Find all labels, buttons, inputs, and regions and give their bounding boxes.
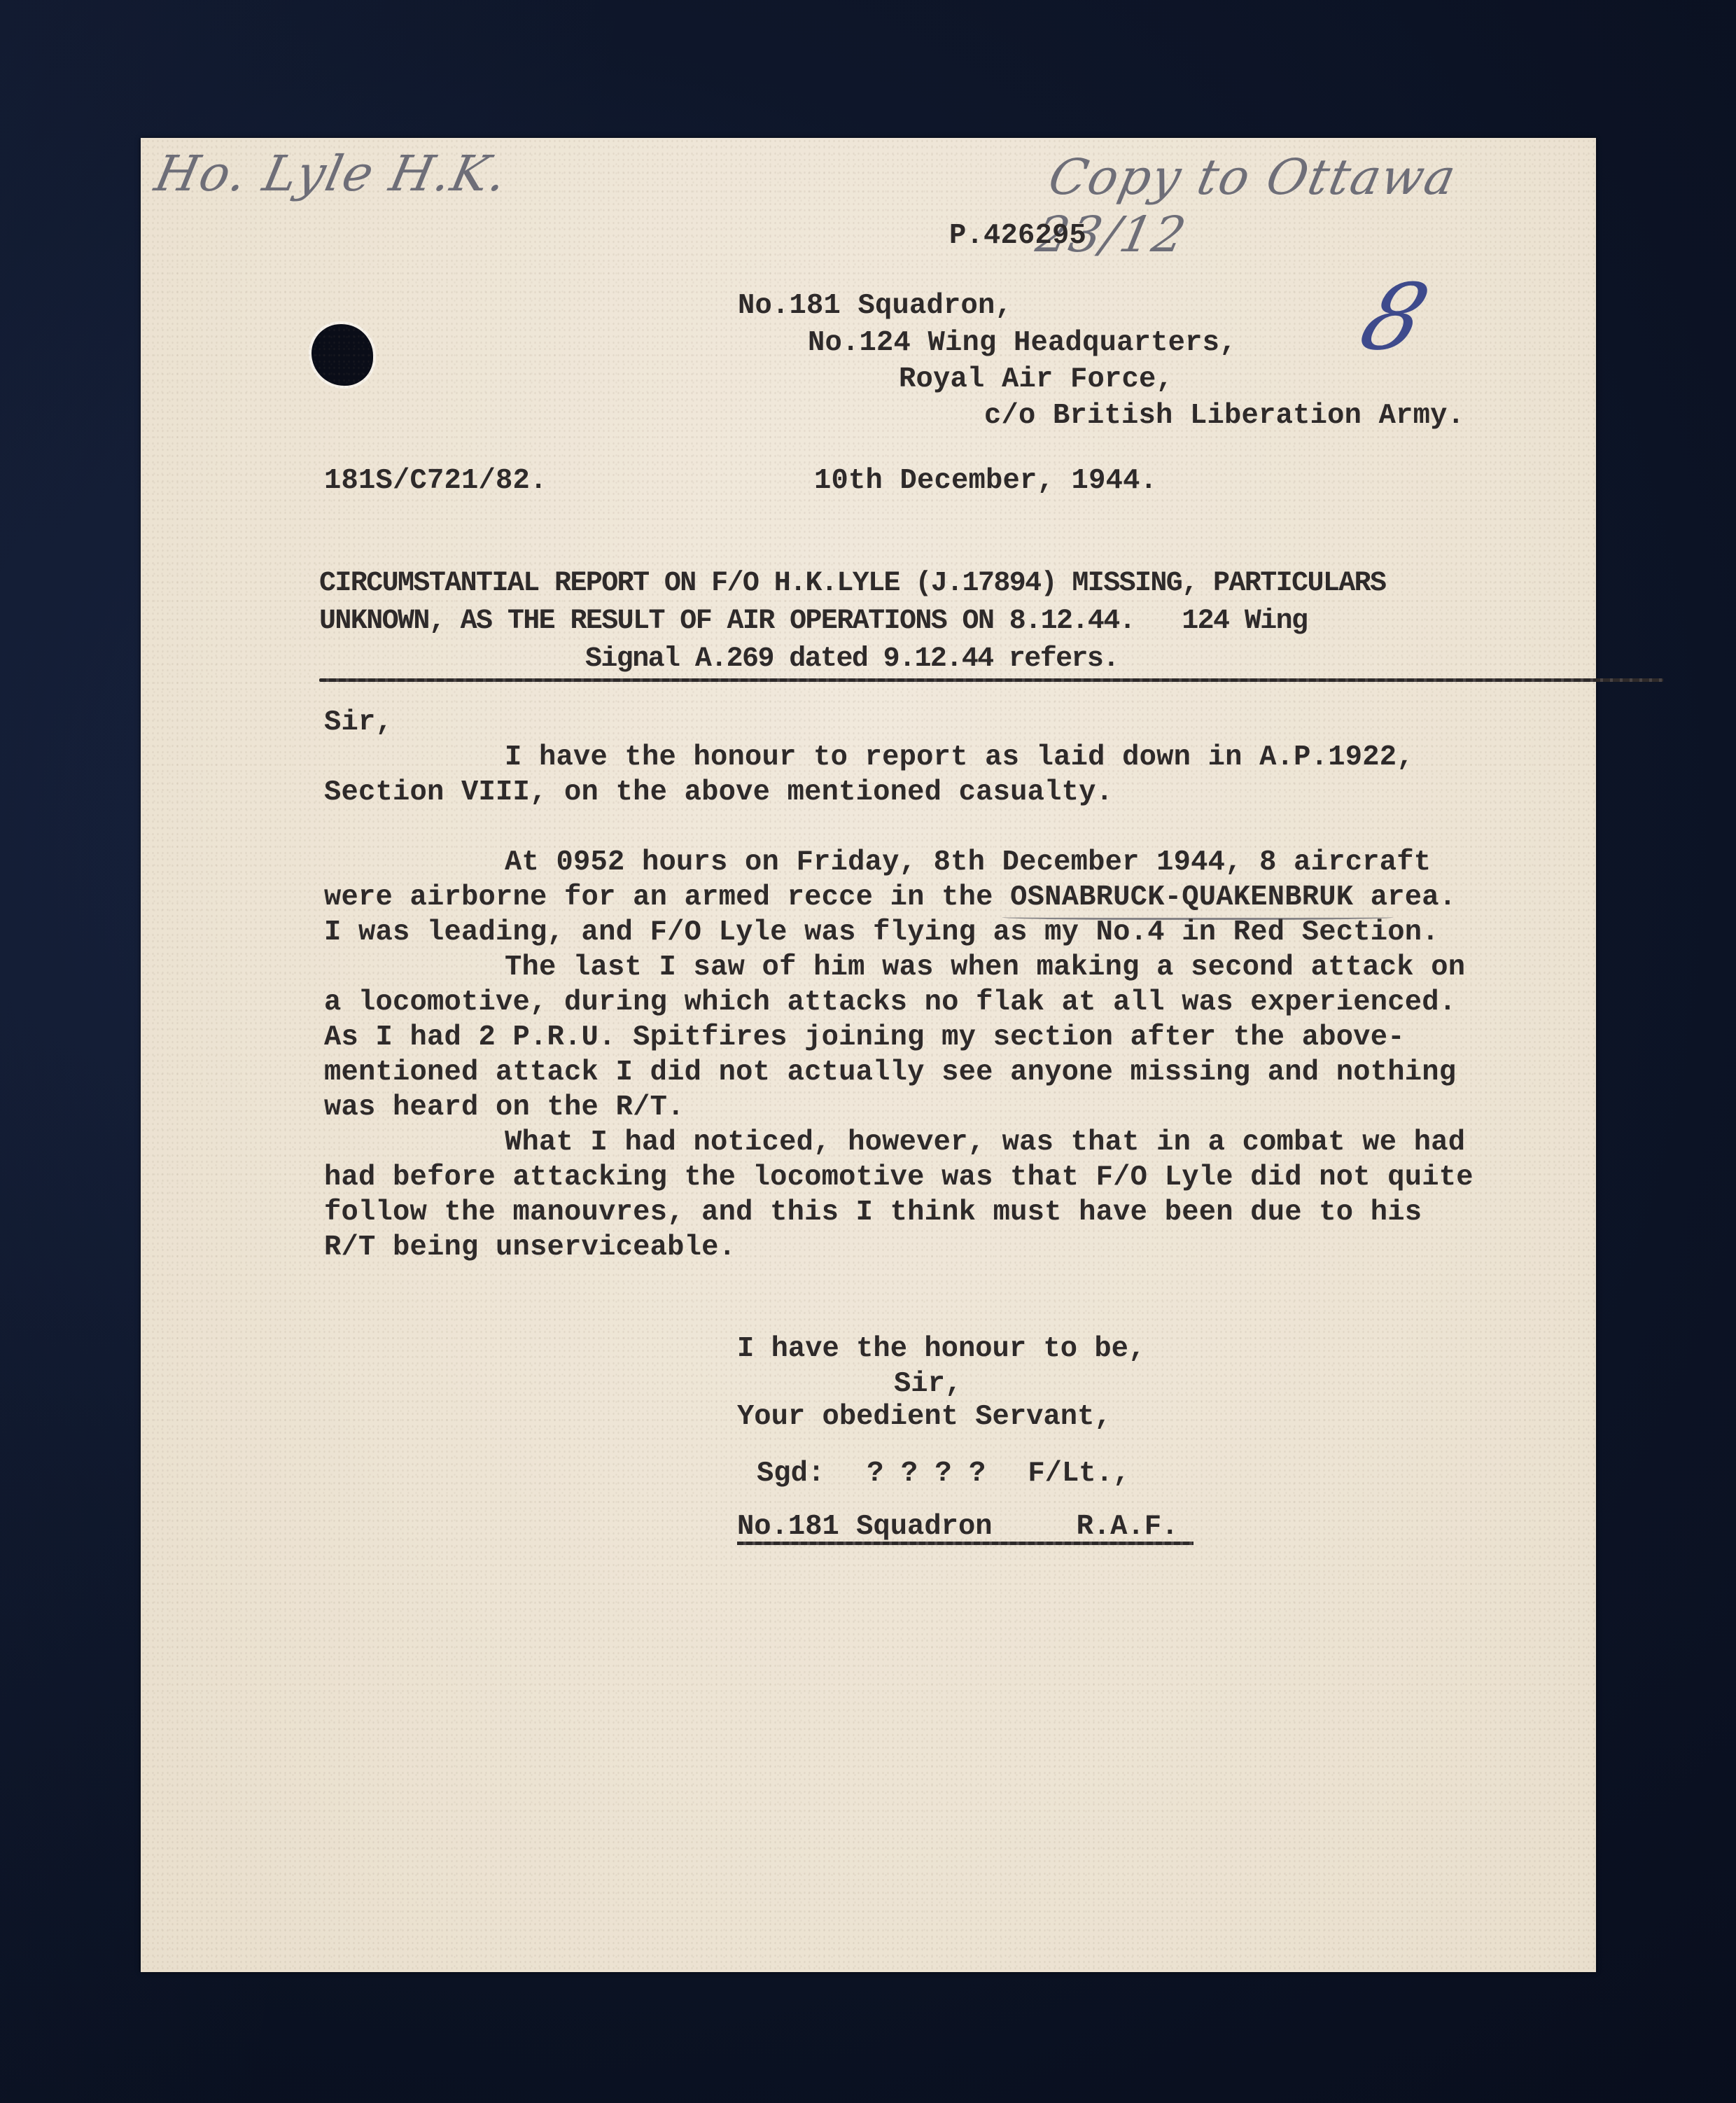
subject-line: Signal A.269 dated 9.12.44 refers. xyxy=(319,641,1677,678)
body-line: I have the honour to report as laid down… xyxy=(324,740,1414,775)
address-line: c/o British Liberation Army. xyxy=(984,398,1464,433)
body-line: was heard on the R/T. xyxy=(324,1090,1465,1125)
body-line: were airborne for an armed recce in the … xyxy=(324,880,1456,915)
salutation: Sir, xyxy=(324,705,393,740)
body-line: Section VIII, on the above mentioned cas… xyxy=(324,775,1414,810)
body-line: At 0952 hours on Friday, 8th December 19… xyxy=(324,845,1456,880)
unit-line: No.181 SquadronR.A.F. xyxy=(737,1509,1178,1544)
body-line: a locomotive, during which attacks no fl… xyxy=(324,985,1465,1020)
signature-name: ? ? ? ? xyxy=(867,1458,986,1490)
body-paragraph: The last I saw of him was when making a … xyxy=(324,950,1465,1125)
closing-line: I have the honour to be, xyxy=(737,1332,1145,1367)
closing-line: Sir, xyxy=(737,1367,962,1402)
signature-line: Sgd:? ? ? ?F/Lt., xyxy=(737,1456,1130,1491)
file-number: P.426295 xyxy=(949,218,1086,253)
pencil-annotation-name: Ho. Lyle H.K. xyxy=(150,145,513,202)
body-line: R/T being unserviceable. xyxy=(324,1230,1473,1265)
signed-label: Sgd: xyxy=(757,1458,825,1490)
punch-hole xyxy=(311,324,373,386)
subject-line: CIRCUMSTANTIAL REPORT ON F/O H.K.LYLE (J… xyxy=(319,565,1677,603)
subject-heading: CIRCUMSTANTIAL REPORT ON F/O H.K.LYLE (J… xyxy=(319,565,1677,678)
signatory-rank: F/Lt., xyxy=(1028,1458,1130,1490)
subject-line: UNKNOWN, AS THE RESULT OF AIR OPERATIONS… xyxy=(319,603,1677,641)
body-line: mentioned attack I did not actually see … xyxy=(324,1055,1465,1090)
body-line: follow the manouvres, and this I think m… xyxy=(324,1195,1473,1230)
body-line: What I had noticed, however, was that in… xyxy=(324,1125,1473,1160)
body-line: I was leading, and F/O Lyle was flying a… xyxy=(324,915,1456,950)
reference-number: 181S/C721/82. xyxy=(324,463,547,498)
body-line: The last I saw of him was when making a … xyxy=(324,950,1465,985)
unit-name: No.181 Squadron xyxy=(737,1511,993,1543)
folio-number: 8 xyxy=(1348,264,1442,370)
address-line: No.181 Squadron, xyxy=(738,288,1012,323)
body-paragraph: What I had noticed, however, was that in… xyxy=(324,1125,1473,1265)
unit-block: No.181 SquadronR.A.F. xyxy=(737,1509,1178,1544)
address-line: Royal Air Force, xyxy=(899,362,1173,397)
body-line: As I had 2 P.R.U. Spitfires joining my s… xyxy=(324,1020,1465,1055)
unit-underline-rule xyxy=(737,1542,1193,1545)
body-line: had before attacking the locomotive was … xyxy=(324,1160,1473,1195)
closing-text: I have the honour to be, xyxy=(737,1332,1145,1367)
closing-text: Sir, xyxy=(894,1367,962,1402)
body-paragraph: I have the honour to report as laid down… xyxy=(324,740,1414,810)
signature-block: Sgd:? ? ? ?F/Lt., xyxy=(757,1456,1130,1491)
body-paragraph: At 0952 hours on Friday, 8th December 19… xyxy=(324,845,1456,950)
closing-text: Your obedient Servant, xyxy=(737,1399,1112,1434)
document-page: Ho. Lyle H.K. Copy to Ottawa 23/12 8 P.4… xyxy=(141,138,1596,1972)
pencil-annotation-copy: Copy to Ottawa 23/12 xyxy=(1032,148,1609,263)
subject-underline-rule xyxy=(319,678,1663,682)
letter-date: 10th December, 1944. xyxy=(814,463,1157,498)
service-name: R.A.F. xyxy=(1077,1511,1179,1543)
closing-line: Your obedient Servant, xyxy=(737,1399,1112,1434)
address-line: No.124 Wing Headquarters, xyxy=(808,326,1237,361)
